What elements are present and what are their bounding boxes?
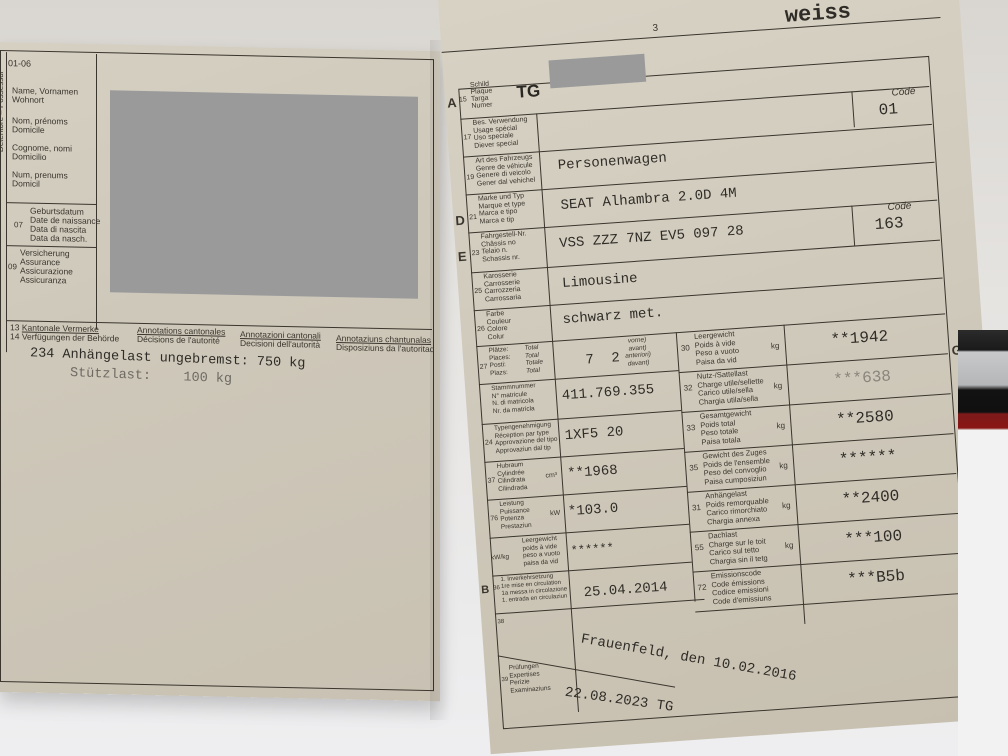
seats-front-labels: vorne)avant) anteriori)davant) xyxy=(624,336,652,368)
seats-front-value: 2 xyxy=(611,350,621,367)
redacted-holder-info xyxy=(110,90,418,298)
background-surface xyxy=(958,430,1008,756)
inspections-labels: PrüfungenExpertises PerizieExaminaziuns xyxy=(509,662,551,695)
type-approval-labels: TypengenehmigungRéception par type Appro… xyxy=(494,421,558,455)
annotations-it: Annotazioni cantonaliDecisioni dell'auto… xyxy=(240,330,321,350)
weight-unit: kg xyxy=(779,461,788,471)
field-number-76: 76 xyxy=(490,515,498,523)
divider xyxy=(442,17,941,53)
chassis-labels: Fahrgestell-Nr.Châssis no Telaio n.Schas… xyxy=(480,230,528,263)
weight-unit: kg xyxy=(773,381,782,391)
weight-labels: GesamtgewichtPoids totalPeso totalePaisa… xyxy=(699,409,753,447)
field-birthdate: GeburtsdatumDate de naissance Data di na… xyxy=(30,207,100,244)
field-number-25: 25 xyxy=(474,288,482,296)
weight-labels: AnhängelastPoids remorquableCarico rimor… xyxy=(705,488,770,526)
field-num: Num, prenumsDomicil xyxy=(12,170,68,189)
displacement-unit: cm³ xyxy=(545,471,557,481)
field-nom: Nom, prénomsDomicile xyxy=(12,116,68,135)
field-number-24: 24 xyxy=(485,439,493,447)
field-number-23: 23 xyxy=(472,250,480,258)
annotations-rm: Annotaziuns chantunalasDisposiziuns da l… xyxy=(336,334,434,354)
registry-labels: StammnummerN° matricule N. di matricolaN… xyxy=(491,382,537,415)
field-number-36: 36 xyxy=(493,585,500,591)
field-number-26: 26 xyxy=(477,326,485,334)
power-unit: kW xyxy=(550,509,561,519)
weight-labels: Nutz-/SattellastCharge utile/selletteCar… xyxy=(697,368,766,407)
chassis-code: 163 xyxy=(874,214,904,234)
first-registration-labels: 1. Inverkehrsetzung1re mise en circulati… xyxy=(500,572,567,605)
annotations-de: 13 Kantonale Vermerke 14 Verfügungen der… xyxy=(10,323,119,343)
seats-labels: Plätze:Places: Posti:Plazs: xyxy=(488,346,511,377)
weight-field-number: 55 xyxy=(695,543,705,553)
plate-labels: SchildPlaque TargaNumer xyxy=(470,80,494,109)
weight-labels: EmissionscodeCode émissionsCodice emissi… xyxy=(711,568,772,606)
section-letter-e: E xyxy=(457,249,467,265)
power-weight-labels: Leergewichtpoids à vide peso a vuotopais… xyxy=(522,535,561,568)
field-number-39: 39 xyxy=(501,677,508,683)
weight-unit: kg xyxy=(782,501,791,511)
weight-field-number: 30 xyxy=(681,343,691,353)
vehicle-kind-labels: Art des FahrzeugsGenre de véhicule Gener… xyxy=(475,154,535,188)
chassis-code-label: Code xyxy=(887,201,911,212)
field-number-15: 15 xyxy=(459,96,467,104)
displacement-labels: HubraumCylindrée CilindrataCilindrada xyxy=(496,461,527,493)
weight-unit: kg xyxy=(776,421,785,431)
field-number-37: 37 xyxy=(487,477,495,485)
field-number-09: 09 xyxy=(8,262,17,271)
divider xyxy=(96,54,97,329)
plate-canton: TG xyxy=(516,81,541,103)
weight-field-number: 33 xyxy=(686,423,696,433)
section-letter-d: D xyxy=(455,213,465,229)
power-labels: LeistungPuissance PotenzaPrestaziun xyxy=(499,499,532,531)
holder-side-label: Detentore – Possessur xyxy=(0,71,5,153)
section-letter-b: B xyxy=(481,584,490,597)
weight-labels: DachlastCharge sur le toitCarico sul tet… xyxy=(708,528,768,566)
color-labels: FarbeCouleur ColoreColur xyxy=(486,310,513,342)
field-number-19: 19 xyxy=(466,174,474,182)
special-use-code: 01 xyxy=(878,100,898,119)
field-number-17: 17 xyxy=(463,134,471,142)
section-letter-a: A xyxy=(447,95,457,111)
body-labels: KarosserieCarrosserie CarrozzeriaCarross… xyxy=(483,271,521,303)
seats-total-value: 7 xyxy=(585,352,595,369)
field-name: Name, VornamenWohnort xyxy=(12,86,78,105)
field-number-27: 27 xyxy=(479,363,487,371)
page-number: 3 xyxy=(652,23,658,34)
field-cognome: Cognome, nomiDomicilio xyxy=(12,143,72,162)
page-code: 01-06 xyxy=(8,58,31,68)
background-object xyxy=(958,330,1008,430)
color-stamp: weiss xyxy=(784,0,852,29)
weight-field-number: 31 xyxy=(692,503,702,513)
field-number-21: 21 xyxy=(469,214,477,222)
field-number-38: 38 xyxy=(497,619,504,625)
weight-unit: kg xyxy=(785,541,794,551)
annotations-fr: Annotations cantonalesDécisions de l'aut… xyxy=(137,326,225,346)
weight-unit: kg xyxy=(771,341,780,351)
seats-total-labels: TotalTotal TotaleTotal xyxy=(524,344,544,375)
special-use-labels: Bes. VerwendungUsage spécial Uso special… xyxy=(472,116,529,150)
make-type-labels: Marke und TypMarque et type Marca e tipo… xyxy=(478,192,527,225)
weight-labels: Gewicht des ZugesPoids de l'ensemblePeso… xyxy=(702,448,771,487)
special-use-code-label: Code xyxy=(891,87,915,98)
left-page: 01-06 Detentore – Possessur Name, Vornam… xyxy=(0,42,440,701)
power-weight-unit: kW/kg xyxy=(491,552,510,562)
weight-field-number: 72 xyxy=(697,583,707,593)
weight-field-number: 35 xyxy=(689,463,699,473)
field-insurance: VersicherungAssurance AssicurazioneAssic… xyxy=(20,248,73,285)
weight-field-number: 32 xyxy=(683,383,693,393)
right-page: 3 weiss A 15 SchildPlaque TargaNumer TG … xyxy=(438,0,1008,754)
field-number-07: 07 xyxy=(14,220,23,229)
weight-labels: LeergewichtPoids à videPeso a vuotoPaisa… xyxy=(694,330,740,367)
